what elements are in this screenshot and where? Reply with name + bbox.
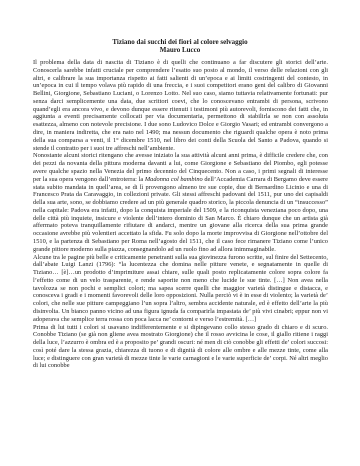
document-header: Tiziano dai succhi dei fiori al colore s… (0, 38, 360, 54)
paragraph-2: Nonostante alcuni storici ritengano che … (33, 152, 328, 253)
paragraph-4: Prima di lui tutti i colori si usavano i… (33, 324, 328, 371)
paragraph-3: Alcune tra le pagine più belle e critica… (33, 254, 328, 324)
paragraph-2-text-after: dell’Accademia Carrara di Bergamo deve e… (33, 176, 328, 253)
paragraph-2-artwork-title: Madonna col bambino (145, 176, 203, 183)
document-page: Tiziano dai succhi dei fiori al colore s… (0, 0, 360, 466)
document-title: Tiziano dai succhi dei fiori al colore s… (0, 38, 360, 46)
paragraph-3-text: Alcune tra le pagine più belle e critica… (33, 254, 328, 323)
document-body: Il problema della data di nascita di Tiz… (33, 59, 328, 370)
paragraph-1: Il problema della data di nascita di Tiz… (33, 59, 328, 152)
document-author: Mauro Lucco (0, 46, 360, 54)
paragraph-4-text: Prima di lui tutti i colori si usavano i… (33, 324, 328, 370)
paragraph-1-text: Il problema della data di nascita di Tiz… (33, 59, 328, 152)
